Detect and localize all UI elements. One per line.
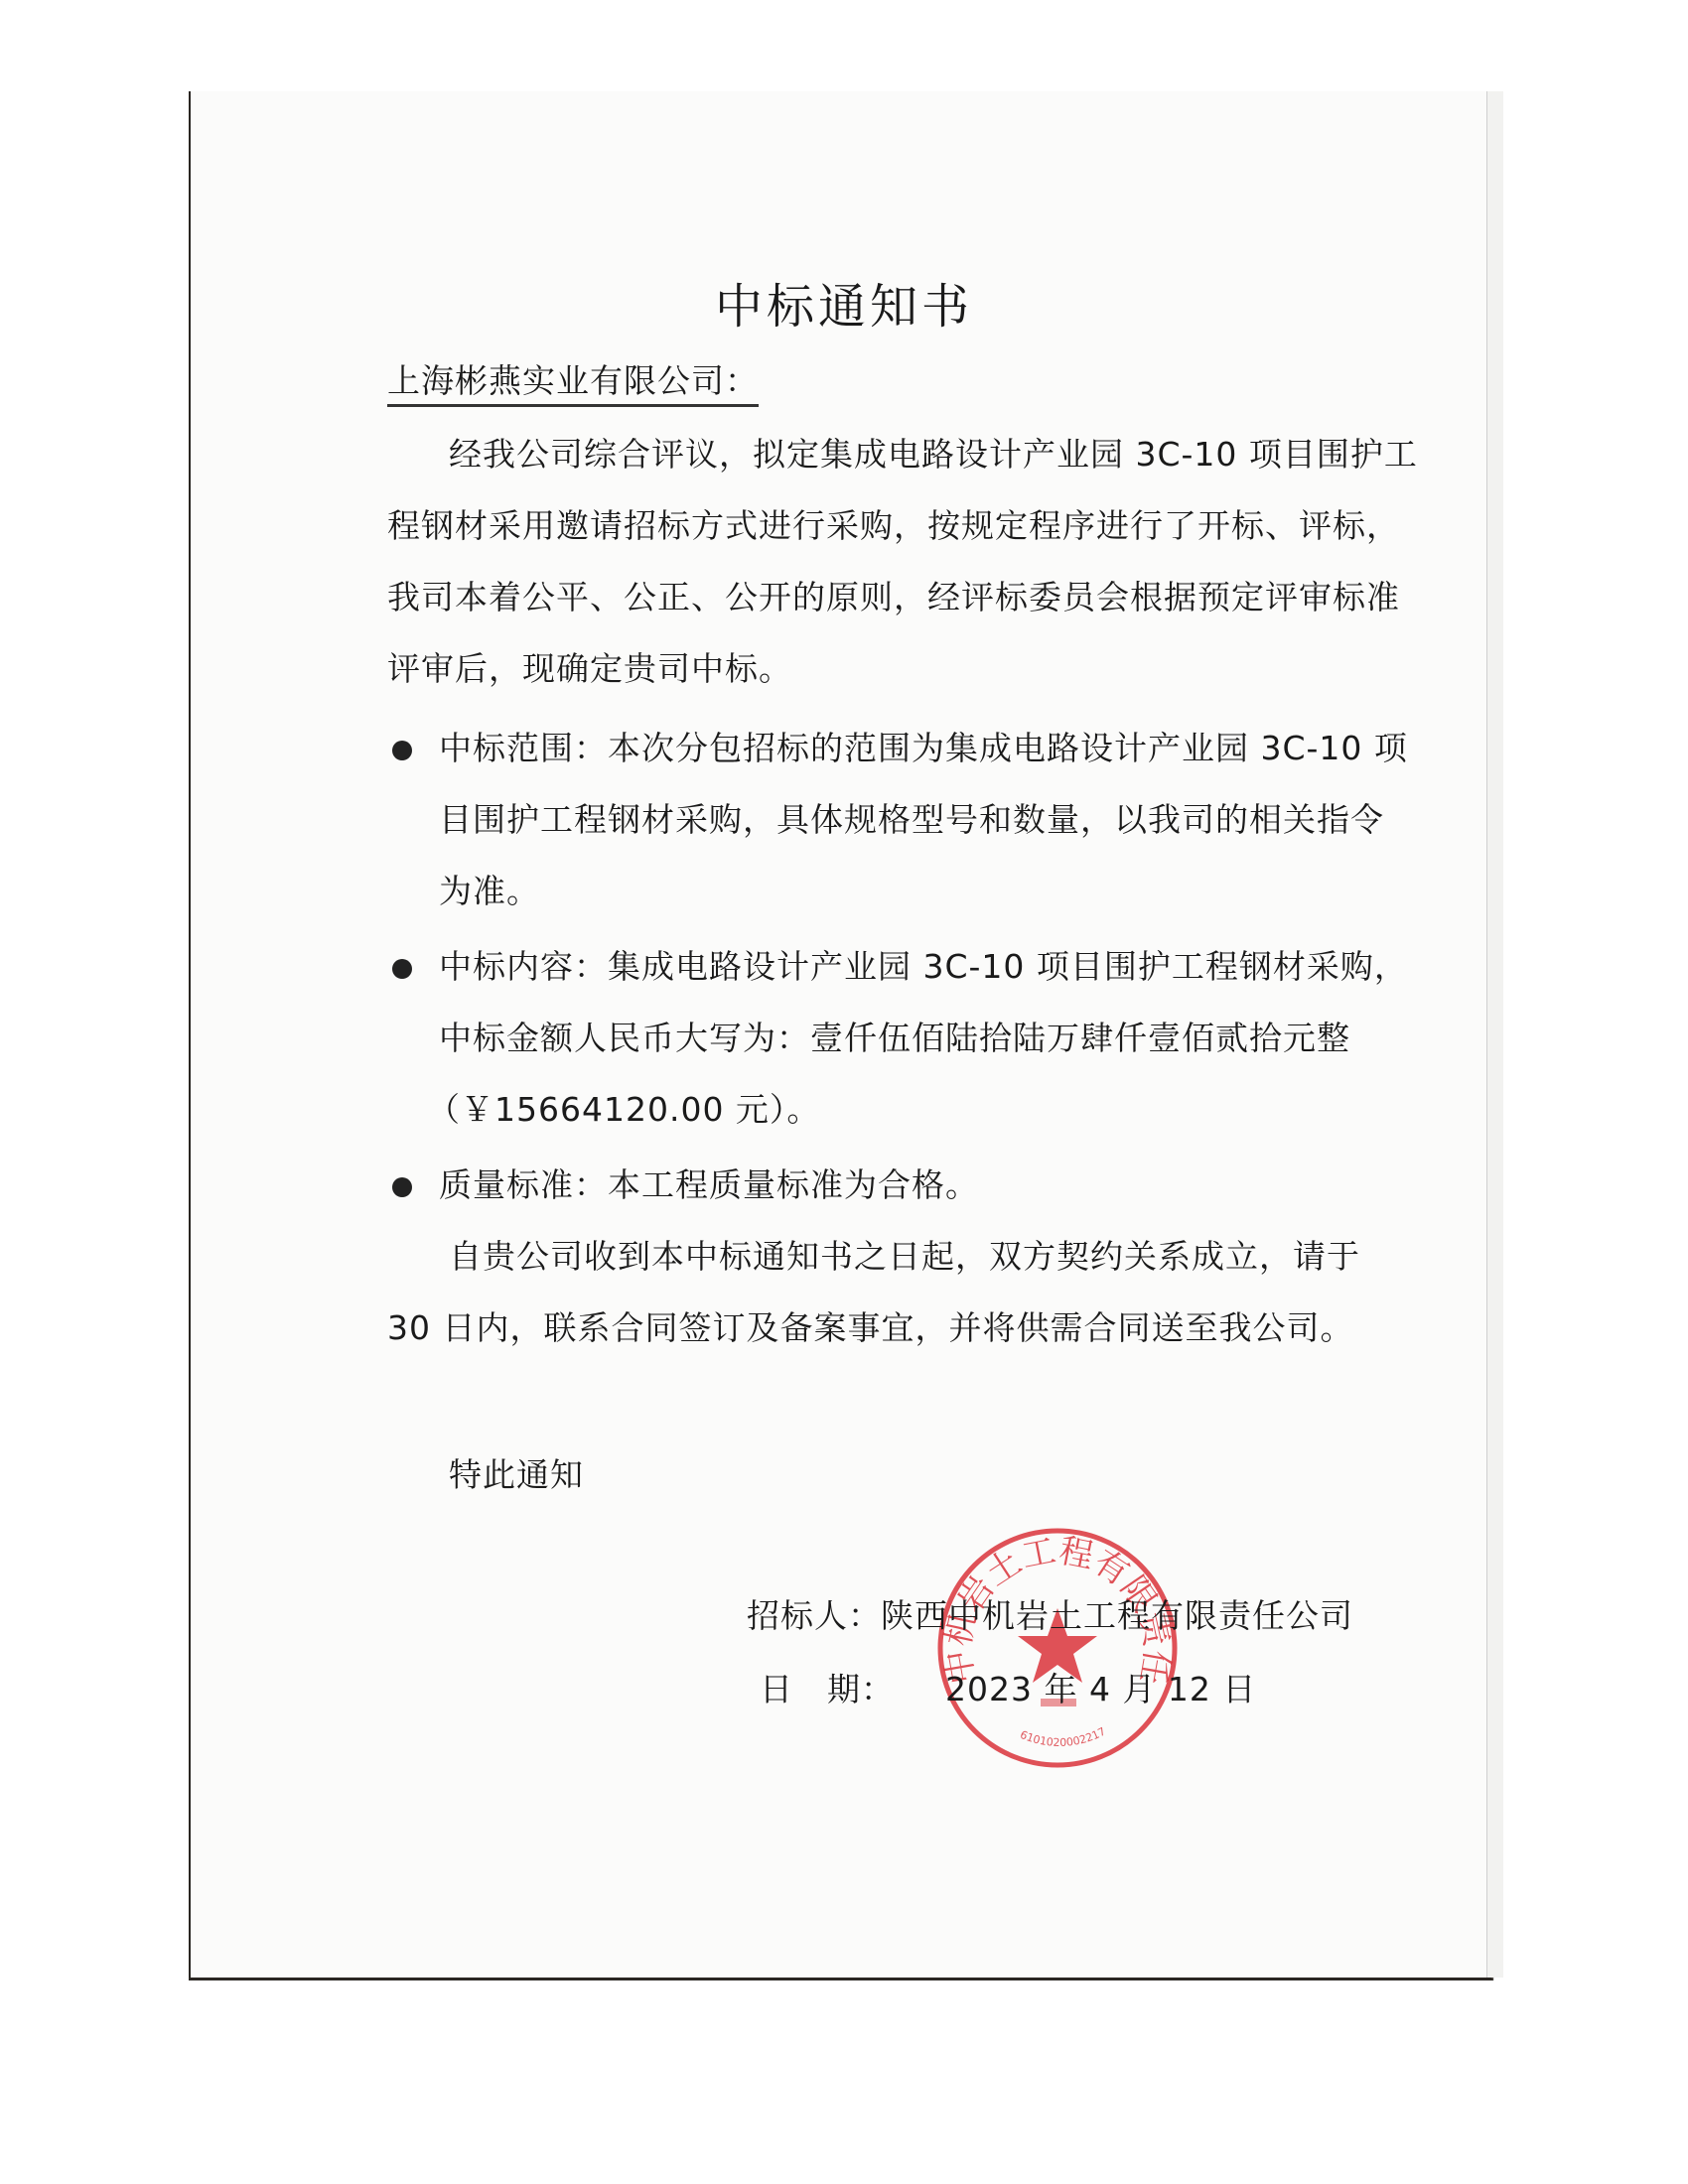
bullet-quality-line: 质量标准：本工程质量标准为合格。 bbox=[439, 1160, 979, 1206]
bid-amount-numeric: （￥15664120.00 元）。 bbox=[427, 1084, 820, 1131]
paragraph2-line: 自贵公司收到本中标通知书之日起，双方契约关系成立，请于 bbox=[449, 1231, 1360, 1278]
paragraph2-line: 30 日内，联系合同签订及备案事宜，并将供需合同送至我公司。 bbox=[387, 1302, 1353, 1349]
bullet-icon bbox=[392, 959, 412, 979]
document: 中标通知书 上海彬燕实业有限公司： 经我公司综合评议，拟定集成电路设计产业园 3… bbox=[0, 0, 1688, 2184]
company-seal-icon: 陕西中机岩土工程有限责任公司 6101020002217 bbox=[933, 1524, 1182, 1772]
document-title: 中标通知书 bbox=[0, 268, 1688, 337]
issuer-name: 陕西中机岩土工程有限责任公司 bbox=[881, 1590, 1353, 1637]
bullet-icon bbox=[392, 741, 412, 760]
seal-number: 6101020002217 bbox=[1018, 1725, 1107, 1750]
date-label: 日 期： bbox=[760, 1664, 895, 1710]
paragraph1-line: 程钢材采用邀请招标方式进行采购，按规定程序进行了开标、评标， bbox=[387, 500, 1400, 547]
date-value: 2023 年 4 月 12 日 bbox=[945, 1664, 1256, 1710]
bullet-content-line: 中标内容：集成电路设计产业园 3C-10 项目围护工程钢材采购， bbox=[439, 941, 1408, 988]
paragraph1-line: 经我公司综合评议，拟定集成电路设计产业园 3C-10 项目围护工 bbox=[449, 429, 1418, 476]
closing-text: 特此通知 bbox=[449, 1449, 584, 1496]
paragraph1-line: 我司本着公平、公正、公开的原则，经评标委员会根据预定评审标准 bbox=[387, 572, 1400, 618]
bullet-scope-line: 中标范围：本次分包招标的范围为集成电路设计产业园 3C-10 项 bbox=[439, 723, 1408, 769]
paragraph1-line: 评审后，现确定贵司中标。 bbox=[387, 643, 792, 690]
bullet-scope-line: 为准。 bbox=[439, 866, 540, 912]
issuer-label: 招标人： bbox=[747, 1590, 882, 1637]
addressee: 上海彬燕实业有限公司： bbox=[387, 355, 759, 407]
bullet-icon bbox=[392, 1177, 412, 1197]
bullet-content-line: 中标金额人民币大写为：壹仟伍佰陆拾陆万肆仟壹佰贰拾元整 bbox=[439, 1013, 1350, 1059]
bullet-scope-line: 目围护工程钢材采购，具体规格型号和数量，以我司的相关指令 bbox=[439, 794, 1384, 841]
svg-text:6101020002217: 6101020002217 bbox=[1018, 1725, 1107, 1750]
